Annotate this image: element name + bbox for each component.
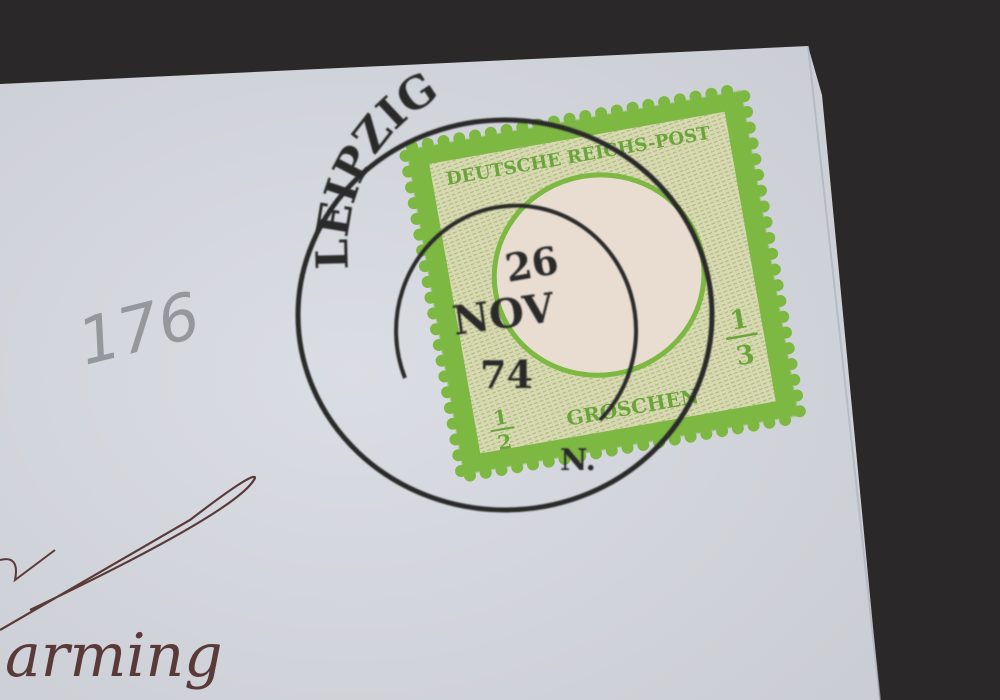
postmark-day: 26	[502, 237, 562, 291]
handwriting-line: arming	[5, 621, 223, 691]
postmark-lower-text: N.	[560, 443, 596, 478]
postmark-year: 74	[480, 352, 533, 397]
photo-scene: DEUTSCHE REICHS-POST GROSCHEN 1 2 1 3 LE…	[0, 0, 1000, 700]
